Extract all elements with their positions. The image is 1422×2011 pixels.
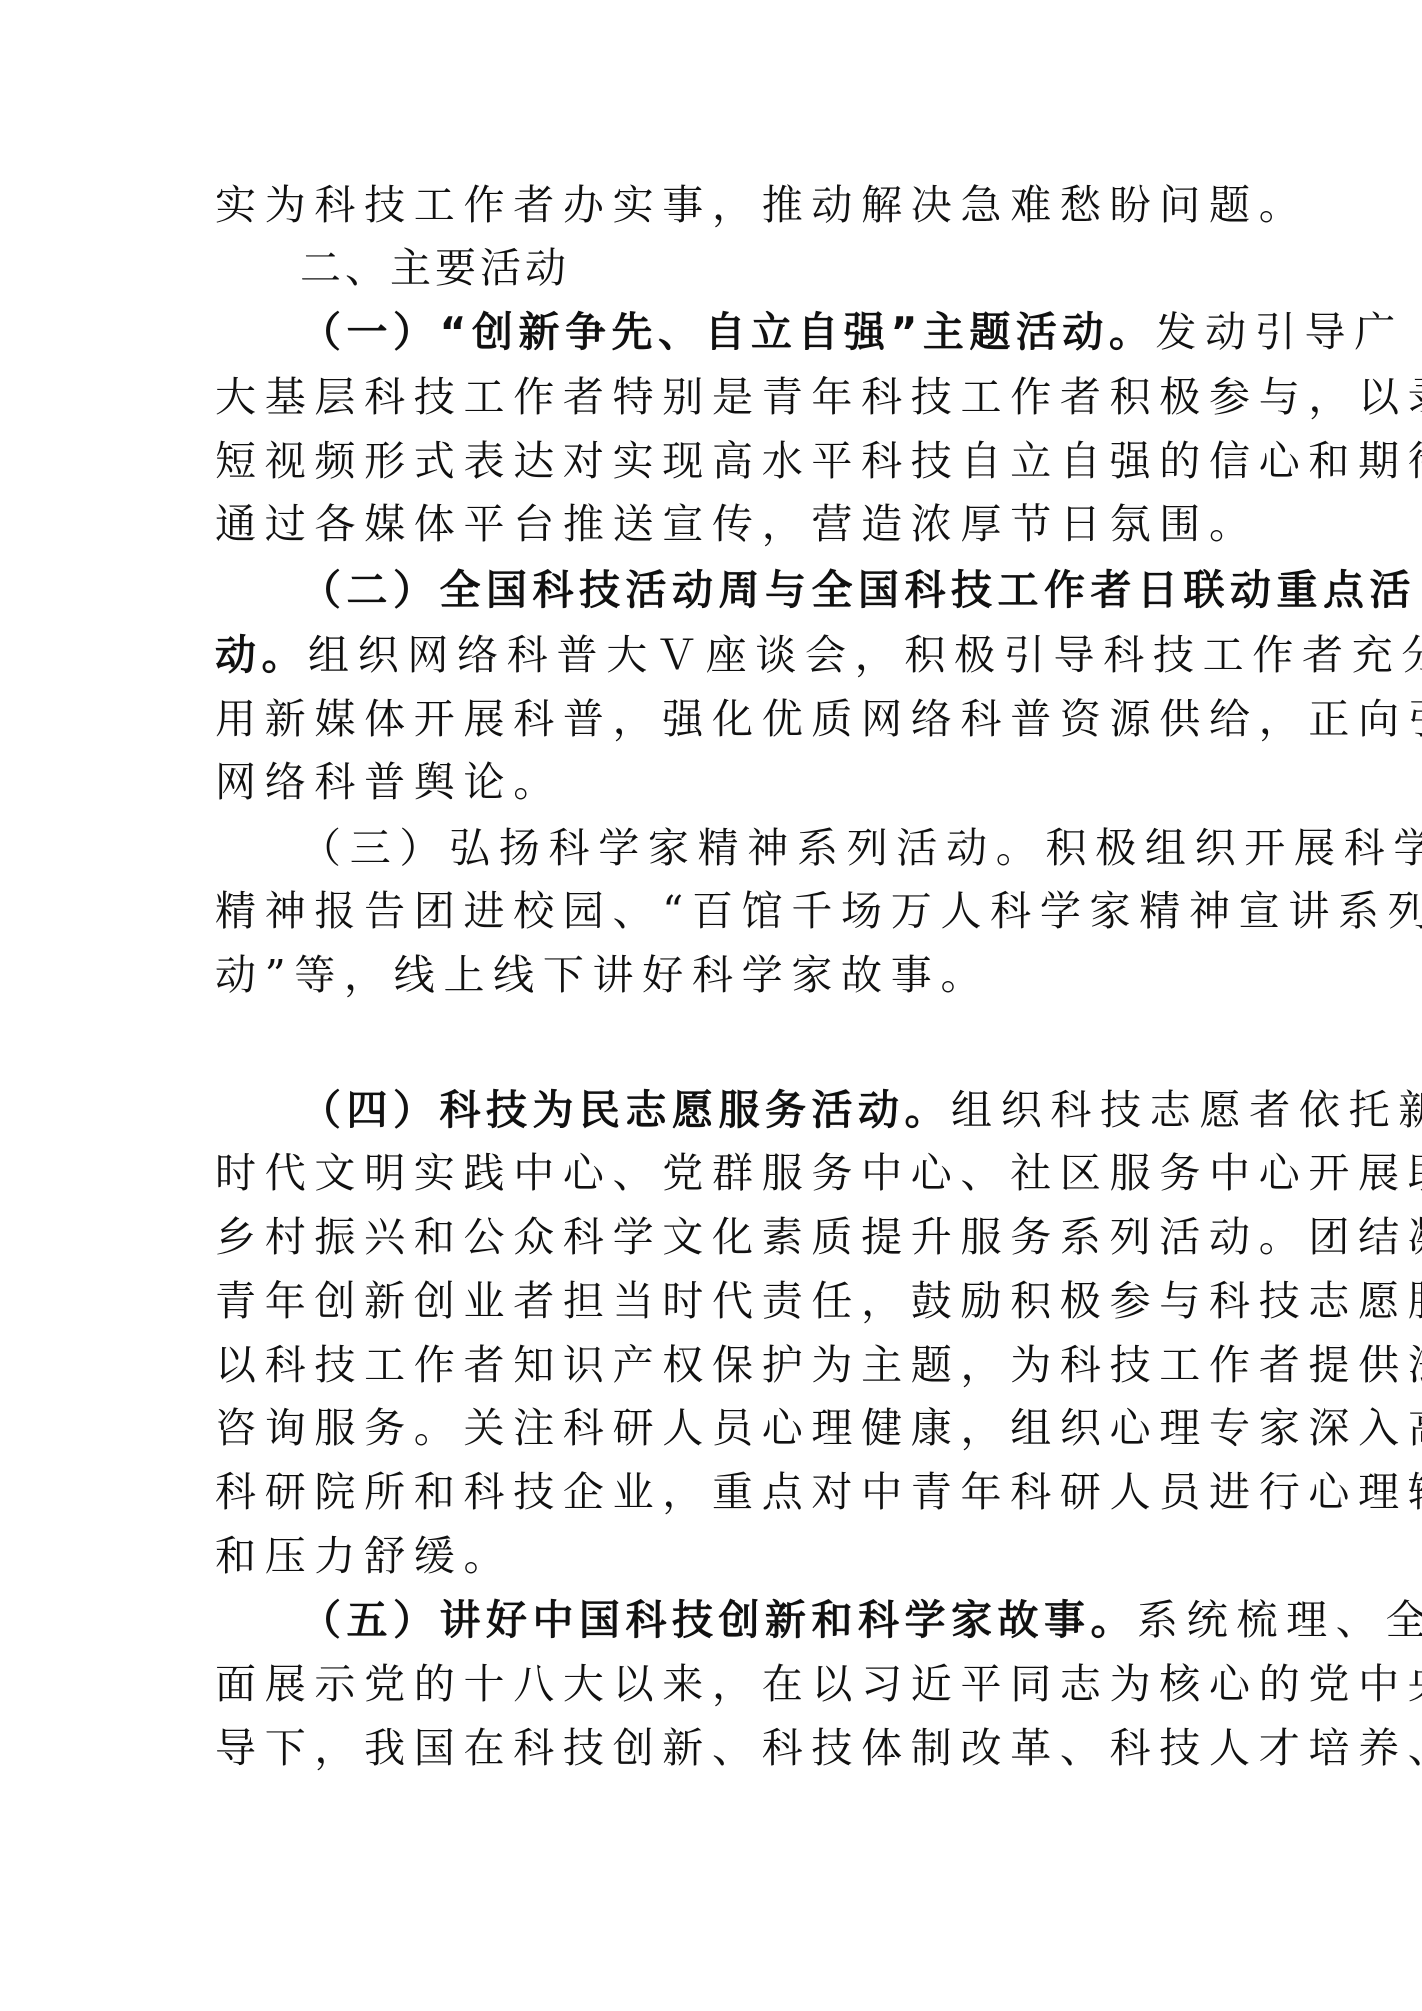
paragraph-line: 导下，我国在科技创新、科技体制改革、科技人才培养、公 xyxy=(215,1718,1215,1778)
paragraph-line: 实为科技工作者办实事，推动解决急难愁盼问题。 xyxy=(215,175,1215,235)
paragraph-line: 青年创新创业者担当时代责任，鼓励积极参与科技志愿服务。 xyxy=(215,1271,1215,1331)
paragraph-line: 面展示党的十八大以来，在以习近平同志为核心的党中央领 xyxy=(215,1654,1215,1714)
paragraph-line: 时代文明实践中心、党群服务中心、社区服务中心开展助力 xyxy=(215,1143,1215,1203)
item-4-first-line: （四）科技为民志愿服务活动。组织科技志愿者依托新 xyxy=(300,1080,1215,1140)
document-page: 实为科技工作者办实事，推动解决急难愁盼问题。 二、主要活动 （一）“创新争先、自… xyxy=(0,0,1422,2011)
item-2-title-end: 动。 xyxy=(215,631,308,679)
item-1-first-line: （一）“创新争先、自立自强”主题活动。发动引导广 xyxy=(300,302,1215,362)
paragraph-line: 以科技工作者知识产权保护为主题，为科技工作者提供法律 xyxy=(215,1335,1215,1395)
item-2-title: （二）全国科技活动周与全国科技工作者日联动重点活 xyxy=(300,560,1215,620)
item-3-text: 积极组织开展科学家 xyxy=(1046,824,1422,872)
paragraph-line: 通过各媒体平台推送宣传，营造浓厚节日氛围。 xyxy=(215,494,1215,554)
paragraph-line: 精神报告团进校园、“百馆千场万人科学家精神宣讲系列活 xyxy=(215,881,1215,941)
section-heading: 二、主要活动 xyxy=(300,238,1215,298)
paragraph-line: 短视频形式表达对实现高水平科技自立自强的信心和期待， xyxy=(215,431,1215,491)
item-5-title: （五）讲好中国科技创新和科学家故事。 xyxy=(300,1596,1137,1644)
paragraph-line: 科研院所和科技企业，重点对中青年科研人员进行心理辅导 xyxy=(215,1462,1215,1522)
item-3-first-line: （三）弘扬科学家精神系列活动。积极组织开展科学家 xyxy=(300,818,1215,878)
paragraph-line: 网络科普舆论。 xyxy=(215,752,1215,812)
item-5-text: 系统梳理、全 xyxy=(1137,1596,1422,1644)
paragraph-line: 大基层科技工作者特别是青年科技工作者积极参与，以录制 xyxy=(215,367,1215,427)
item-5-first-line: （五）讲好中国科技创新和科学家故事。系统梳理、全 xyxy=(300,1590,1215,1650)
paragraph-line: 咨询服务。关注科研人员心理健康，组织心理专家深入高校、 xyxy=(215,1398,1215,1458)
item-4-text: 组织科技志愿者依托新 xyxy=(951,1086,1422,1134)
item-3-title: （三）弘扬科学家精神系列活动。 xyxy=(300,824,1046,872)
item-4-title: （四）科技为民志愿服务活动。 xyxy=(300,1086,951,1134)
paragraph-line: 用新媒体开展科普，强化优质网络科普资源供给，正向引导 xyxy=(215,689,1215,749)
paragraph-line: 乡村振兴和公众科学文化素质提升服务系列活动。团结凝聚 xyxy=(215,1207,1215,1267)
item-2-first-line: 动。组织网络科普大Ｖ座谈会，积极引导科技工作者充分运 xyxy=(215,625,1215,685)
paragraph-line: 和压力舒缓。 xyxy=(215,1526,1215,1586)
paragraph-line: 动”等，线上线下讲好科学家故事。 xyxy=(215,945,1215,1005)
item-2-text: 组织网络科普大Ｖ座谈会，积极引导科技工作者充分运 xyxy=(308,631,1422,679)
item-1-title: （一）“创新争先、自立自强”主题活动。 xyxy=(300,308,1155,356)
item-1-text: 发动引导广 xyxy=(1155,308,1404,356)
